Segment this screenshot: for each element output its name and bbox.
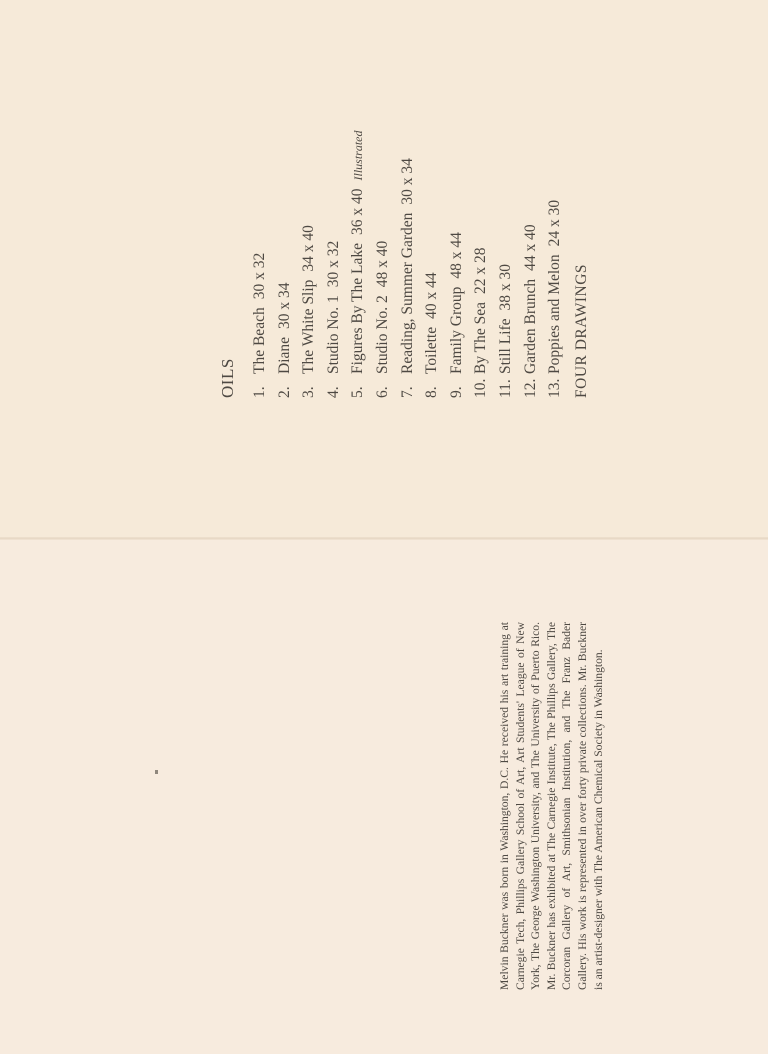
- item-dimensions: 44 x 40: [522, 224, 539, 271]
- item-number: 3.: [297, 374, 322, 398]
- item-dimensions: 24 x 30: [546, 200, 563, 247]
- item-title: Figures By The Lake: [349, 243, 366, 374]
- drawings-note: FOUR DRAWINGS: [569, 130, 595, 398]
- item-title: The Beach: [251, 307, 268, 374]
- list-item: 6.Studio No. 248 x 40: [371, 130, 396, 398]
- item-dimensions: 48 x 44: [448, 232, 465, 279]
- list-item: 5.Figures By The Lake36 x 40Illustrated: [346, 130, 371, 398]
- item-title: Reading, Summer Garden: [399, 213, 416, 374]
- list-item: 7.Reading, Summer Garden30 x 34: [396, 130, 421, 398]
- list-item: 12.Garden Brunch44 x 40: [519, 130, 544, 398]
- item-title: Diane: [276, 337, 293, 374]
- item-dimensions: 30 x 32: [325, 241, 342, 288]
- item-dimensions: 38 x 30: [497, 264, 514, 311]
- section-title: OILS: [218, 130, 248, 398]
- item-title: Studio No. 1: [325, 295, 342, 374]
- item-number: 6.: [371, 374, 396, 398]
- list-item: 8.Toilette40 x 44: [420, 130, 445, 398]
- oils-catalog: OILS 1.The Beach30 x 322.Diane30 x 343.T…: [218, 130, 595, 398]
- item-title: Family Group: [448, 287, 465, 374]
- item-dimensions: 30 x 32: [251, 253, 268, 300]
- item-title: Garden Brunch: [522, 279, 539, 374]
- item-dimensions: 30 x 34: [276, 282, 293, 329]
- list-item: 11.Still Life38 x 30: [494, 130, 519, 398]
- item-title: Studio No. 2: [374, 295, 391, 374]
- item-number: 13.: [543, 374, 568, 398]
- item-number: 9.: [445, 374, 470, 398]
- item-dimensions: 36 x 40: [349, 188, 366, 235]
- paper-speck: [155, 770, 158, 774]
- biography-text: Melvin Buckner was born in Washington, D…: [497, 622, 606, 990]
- item-title: The White Slip: [300, 280, 317, 374]
- lower-panel: [0, 539, 768, 1054]
- item-note: Illustrated: [351, 130, 365, 180]
- item-dimensions: 22 x 28: [472, 247, 489, 294]
- item-number: 8.: [420, 374, 445, 398]
- item-title: Toilette: [423, 327, 440, 374]
- artwork-list: 1.The Beach30 x 322.Diane30 x 343.The Wh…: [248, 130, 568, 398]
- item-title: By The Sea: [472, 302, 489, 374]
- item-number: 4.: [322, 374, 347, 398]
- item-number: 11.: [494, 374, 519, 398]
- list-item: 9.Family Group48 x 44: [445, 130, 470, 398]
- item-title: Poppies and Melon: [546, 254, 563, 374]
- page-fold: [0, 537, 768, 540]
- item-number: 2.: [273, 374, 298, 398]
- artist-biography: Melvin Buckner was born in Washington, D…: [497, 620, 606, 990]
- item-title: Still Life: [497, 318, 514, 374]
- item-number: 1.: [248, 374, 273, 398]
- item-number: 12.: [519, 374, 544, 398]
- item-dimensions: 34 x 40: [300, 225, 317, 272]
- item-dimensions: 40 x 44: [423, 272, 440, 319]
- item-dimensions: 30 x 34: [399, 158, 416, 205]
- list-item: 10.By The Sea22 x 28: [469, 130, 494, 398]
- list-item: 13.Poppies and Melon24 x 30: [543, 130, 568, 398]
- list-item: 1.The Beach30 x 32: [248, 130, 273, 398]
- list-item: 4.Studio No. 130 x 32: [322, 130, 347, 398]
- list-item: 3.The White Slip34 x 40: [297, 130, 322, 398]
- item-dimensions: 48 x 40: [374, 241, 391, 288]
- item-number: 10.: [469, 374, 494, 398]
- list-item: 2.Diane30 x 34: [273, 130, 298, 398]
- item-number: 5.: [346, 374, 371, 398]
- item-number: 7.: [396, 374, 421, 398]
